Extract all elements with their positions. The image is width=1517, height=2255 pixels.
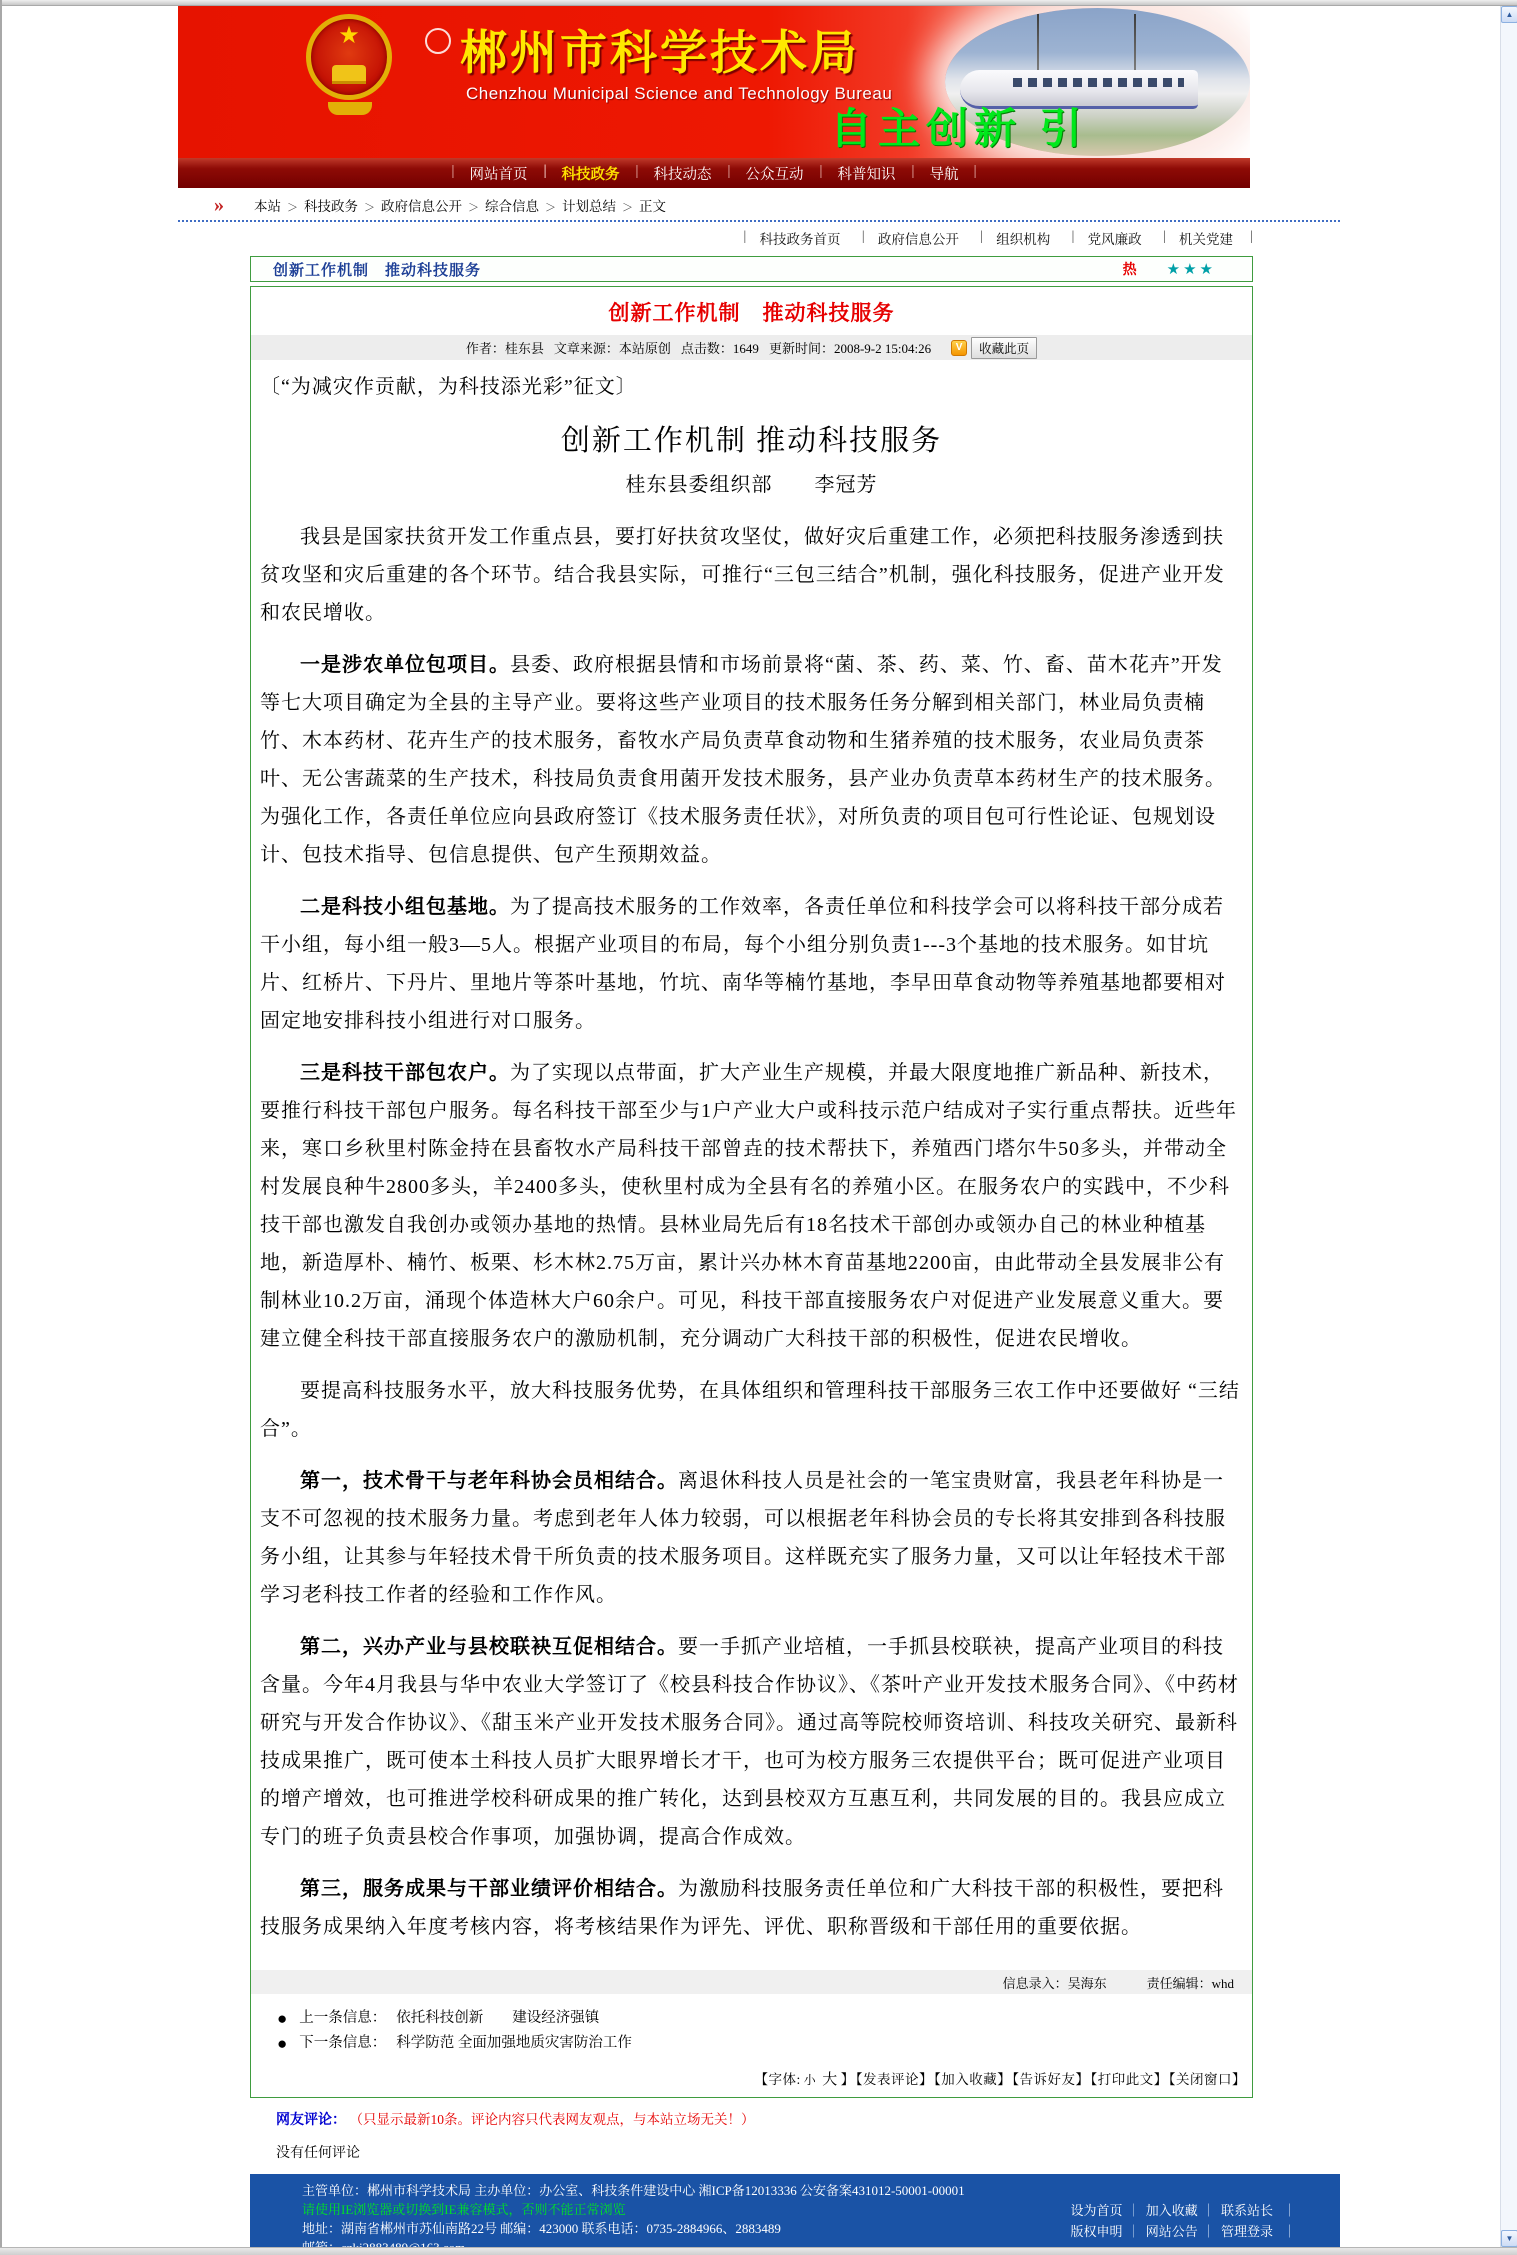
footer-ie-notice: 请使用IE浏览器或切换到IE兼容模式，否则不能正常浏览 [302, 2200, 1082, 2219]
decorative-ring [425, 28, 451, 54]
breadcrumb: » 本站 科技政务 政府信息公开 综合信息 计划总结 正文 [178, 188, 1340, 222]
comments-empty-text: 没有任何评论 [276, 2142, 1340, 2162]
window-left-edge [0, 0, 2, 2255]
breadcrumb-item-kjzw[interactable]: 科技政务 [304, 195, 375, 215]
site-notice-link[interactable]: 网站公告 [1136, 2221, 1208, 2242]
contact-webmaster-link[interactable]: 联系站长 [1211, 2200, 1306, 2221]
scroll-down-button[interactable]: ▼ [1501, 2230, 1517, 2247]
paragraph: 一是涉农单位包项目。县委、政府根据县情和市场前景将“菌、茶、药、菜、竹、畜、苗木… [260, 646, 1243, 874]
editor-by: 责任编辑：whd [1147, 1973, 1234, 1992]
add-favorite-link[interactable]: 加入收藏 [1136, 2200, 1208, 2221]
prev-article-link[interactable]: 依托科技创新 建设经济强镇 [396, 2006, 599, 2031]
breadcrumb-item-current: 正文 [639, 195, 672, 215]
subnav-item-kjzw-home[interactable]: 科技政务首页 [748, 228, 853, 248]
meta-updated: 更新时间：2008-9-2 15:04:26 [769, 338, 931, 357]
print-button[interactable]: 【打印此文】 [1091, 2072, 1168, 2087]
subnav-item-gov-info[interactable]: 政府信息公开 [866, 228, 971, 248]
article-title: 创新工作机制 推动科技服务 [251, 287, 1252, 335]
comments-disclaimer: （只显示最新10条。评论内容只代表网友观点，与本站立场无关！） [350, 2112, 755, 2127]
paragraph: 三是科技干部包农户。为了实现以点带面，扩大产业生产规模，并最大限度地推广新品种、… [260, 1054, 1243, 1358]
paragraph-text: 为了实现以点带面，扩大产业生产规模，并最大限度地推广新品种、新技术，要推行科技干… [260, 1062, 1237, 1350]
nav-item-guide[interactable]: 导航 [918, 163, 971, 184]
article-byline: 桂东县委组织部 李冠芳 [260, 466, 1243, 504]
subnav-item-dflz[interactable]: 党风廉政 [1076, 228, 1154, 248]
next-label: 下一条信息： [299, 2031, 386, 2056]
next-article-link[interactable]: 科学防范 全面加强地质灾害防治工作 [396, 2031, 632, 2056]
breadcrumb-item-jhzj[interactable]: 计划总结 [562, 195, 633, 215]
paragraph-lead: 第三，服务成果与干部业绩评价相结合。 [300, 1878, 678, 1900]
copyright-link[interactable]: 版权申明 [1060, 2221, 1132, 2242]
rating-stars-icon: ★★★ [1167, 260, 1216, 279]
scroll-up-button[interactable]: ▲ [1501, 6, 1517, 23]
paragraph: 二是科技小组包基地。为了提高技术服务的工作效率，各责任单位和科技学会可以将科技干… [260, 888, 1243, 1040]
footer-links: 设为首页 加入收藏 联系站长 版权申明 网站公告 管理登录 [1060, 2200, 1306, 2242]
scrollbar[interactable]: ▲ ▼ [1500, 6, 1517, 2247]
site-column: ★ 郴州市科学技术局 Chenzhou Municipal Science an… [178, 6, 1340, 2255]
site-subtitle-english: Chenzhou Municipal Science and Technolog… [466, 84, 892, 104]
add-favorite-button[interactable]: 【加入收藏】 [934, 2072, 1011, 2087]
paragraph: 要提高科技服务水平，放大科技服务优势，在具体组织和管理科技干部服务三农工作中还要… [260, 1372, 1243, 1448]
article-actions-bar: 【字体:小大】【发表评论】【加入收藏】【告诉好友】【打印此文】【关闭窗口】 [251, 2058, 1252, 2097]
comments-label: 网友评论： [276, 2113, 346, 2128]
paragraph-text: 我县是国家扶贫开发工作重点县，要打好扶贫攻坚仗，做好灾后重建工作，必须把科技服务… [260, 526, 1225, 624]
favorite-widget: V 收藏此页 [951, 337, 1037, 359]
post-comment-button[interactable]: 【发表评论】 [856, 2072, 933, 2087]
entry-info-bar: 信息录入：吴海东 责任编辑：whd [251, 1970, 1252, 1994]
breadcrumb-item-zhxx[interactable]: 综合信息 [485, 195, 556, 215]
nav-item-szw[interactable]: 科技政务 [550, 163, 632, 184]
section-title: 创新工作机制 推动科技服务 [273, 259, 481, 280]
arrow-up-icon: ▲ [1506, 10, 1514, 19]
paragraph: 第二，兴办产业与县校联袂互促相结合。要一手抓产业培植，一手抓县校联袂，提高产业项… [260, 1628, 1243, 1856]
favorite-page-button[interactable]: 收藏此页 [971, 337, 1037, 359]
meta-source: 文章来源：本站原创 [554, 338, 671, 357]
paragraph-text: 要提高科技服务水平，放大科技服务优势，在具体组织和管理科技干部服务三农工作中还要… [260, 1380, 1240, 1440]
prev-article-row: ● 上一条信息： 依托科技创新 建设经济强镇 [277, 2006, 1252, 2031]
comments-section: 网友评论： （只显示最新10条。评论内容只代表网友观点，与本站立场无关！） 没有… [250, 2098, 1340, 2162]
article-body: 〔“为减灾作贡献，为科技添光彩”征文〕 创新工作机制 推动科技服务 桂东县委组织… [251, 360, 1252, 1970]
emblem-base [328, 102, 372, 115]
bullet-icon: ● [277, 2012, 287, 2026]
paragraph-lead: 一是涉农单位包项目。 [300, 654, 510, 676]
font-size-prefix: 【字体: [754, 2072, 800, 2087]
footer-sponsor-line: 主管单位：郴州市科学技术局 主办单位：办公室、科技条件建设中心 湘ICP备120… [302, 2181, 1082, 2200]
main-nav: 网站首页 科技政务 科技动态 公众互动 科普知识 导航 [178, 158, 1250, 188]
window-bottom-edge [0, 2247, 1517, 2255]
font-smaller-button[interactable]: 小 [804, 2073, 817, 2087]
breadcrumb-item-root[interactable]: 本站 [254, 195, 298, 215]
site-banner: ★ 郴州市科学技术局 Chenzhou Municipal Science an… [178, 6, 1250, 158]
set-homepage-link[interactable]: 设为首页 [1060, 2200, 1132, 2221]
bullet-icon: ● [277, 2037, 287, 2051]
meta-clicks: 点击数：1649 [681, 338, 759, 357]
meta-author: 作者：桂东县 [466, 338, 544, 357]
hot-badge: 热 [1123, 259, 1137, 279]
site-title: 郴州市科学技术局 [460, 16, 860, 83]
entry-by: 信息录入：吴海东 [1003, 1973, 1107, 1992]
train-windows [1013, 78, 1184, 87]
nav-item-interact[interactable]: 公众互动 [734, 163, 816, 184]
subnav-item-jgdj[interactable]: 机关党建 [1167, 228, 1245, 248]
arrow-down-icon: ▼ [1506, 2234, 1514, 2243]
paragraph-text: 县委、政府根据县情和市场前景将“菌、茶、药、菜、竹、畜、苗木花卉”开发等七大项目… [260, 654, 1226, 866]
section-header-bar: 创新工作机制 推动科技服务 热 ★★★ [250, 256, 1253, 282]
footer-address-line: 地址：湖南省郴州市苏仙南路22号 邮编：423000 联系电话：0735-288… [302, 2219, 1082, 2238]
paragraph-lead: 二是科技小组包基地。 [300, 896, 510, 918]
tell-friend-button[interactable]: 【告诉好友】 [1012, 2072, 1089, 2087]
emblem-star-icon: ★ [311, 23, 387, 49]
paragraph: 我县是国家扶贫开发工作重点县，要打好扶贫攻坚仗，做好灾后重建工作，必须把科技服务… [260, 518, 1243, 632]
paragraph-lead: 第一，技术骨干与老年科协会员相结合。 [300, 1470, 678, 1492]
comments-header: 网友评论： （只显示最新10条。评论内容只代表网友观点，与本站立场无关！） [276, 2108, 1340, 2129]
national-emblem-icon: ★ [306, 14, 394, 146]
footer-links-row1: 设为首页 加入收藏 联系站长 [1060, 2200, 1306, 2221]
paragraph: 第三，服务成果与干部业绩评价相结合。为激励科技服务责任单位和广大科技干部的积极性… [260, 1870, 1243, 1946]
breadcrumb-item-info[interactable]: 政府信息公开 [381, 195, 479, 215]
next-article-row: ● 下一条信息： 科学防范 全面加强地质灾害防治工作 [277, 2031, 1252, 2056]
nav-item-home[interactable]: 网站首页 [458, 163, 540, 184]
close-window-button[interactable]: 【关闭窗口】 [1169, 2072, 1246, 2087]
nav-item-science[interactable]: 科普知识 [826, 163, 908, 184]
section-bar-right: 热 ★★★ [1123, 259, 1216, 279]
window-top-edge [0, 0, 1517, 6]
scrolling-slogan: 自主创新 引 [830, 96, 1088, 156]
article-meta-bar: 作者：桂东县 文章来源：本站原创 点击数：1649 更新时间：2008-9-2 … [251, 335, 1252, 360]
footer-links-row2: 版权申明 网站公告 管理登录 [1060, 2221, 1306, 2242]
article-box: 创新工作机制 推动科技服务 作者：桂东县 文章来源：本站原创 点击数：1649 … [250, 286, 1253, 2098]
subnav-item-org[interactable]: 组织机构 [984, 228, 1062, 248]
emblem-ring: ★ [306, 14, 392, 100]
favorite-icon: V [951, 340, 967, 356]
footer-info: 主管单位：郴州市科学技术局 主办单位：办公室、科技条件建设中心 湘ICP备120… [302, 2181, 1082, 2255]
prev-label: 上一条信息： [299, 2006, 386, 2031]
paragraph-lead: 第二，兴办产业与县校联袂互促相结合。 [300, 1636, 678, 1658]
admin-login-link[interactable]: 管理登录 [1211, 2221, 1306, 2242]
paragraph-lead: 三是科技干部包农户。 [300, 1062, 510, 1084]
font-size-suffix: 】 [841, 2072, 855, 2087]
article-heading: 创新工作机制 推动科技服务 [260, 420, 1243, 462]
site-footer: 主管单位：郴州市科学技术局 主办单位：办公室、科技条件建设中心 湘ICP备120… [250, 2174, 1340, 2255]
nav-item-news[interactable]: 科技动态 [642, 163, 724, 184]
essay-contest-note: 〔“为减灾作贡献，为科技添光彩”征文〕 [260, 368, 1243, 406]
prev-next-links: ● 上一条信息： 依托科技创新 建设经济强镇 ● 下一条信息： 科学防范 全面加… [251, 1994, 1252, 2058]
breadcrumb-arrows-icon: » [214, 198, 224, 212]
secondary-nav: 科技政务首页 政府信息公开 组织机构 党风廉政 机关党建 [178, 222, 1250, 253]
paragraph-text: 要一手抓产业培植，一手抓县校联袂，提高产业项目的科技含量。今年4月我县与华中农业… [260, 1636, 1239, 1848]
paragraph: 第一，技术骨干与老年科协会员相结合。离退休科技人员是社会的一笔宝贵财富，我县老年… [260, 1462, 1243, 1614]
font-larger-button[interactable]: 大 [822, 2072, 838, 2088]
emblem-gate [332, 65, 366, 81]
